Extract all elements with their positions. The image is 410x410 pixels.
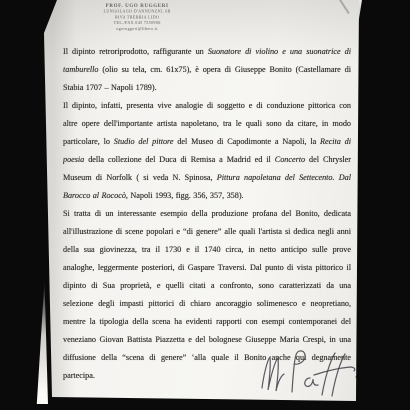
paragraph: Il dipinto, infatti, presenta vive analo… (63, 97, 351, 205)
text-line: analoghe, leggermente posteriori, di Gas… (63, 259, 351, 277)
text-run: veneziano Giovan Battista Piazzetta e de… (63, 335, 351, 344)
text-line: poesia della collezione del Duca di Remi… (63, 151, 351, 169)
text-run: dipinto di Sua proprietà, e quelli citat… (63, 281, 351, 290)
text-run: della collezione del Duca di Remisa a Ma… (84, 155, 275, 164)
text-run: selezione degli impasti pittorici di chi… (63, 299, 351, 308)
text-run: altre opere dell'importante artista napo… (63, 119, 351, 128)
italic-text-run: tamburello (63, 65, 98, 74)
text-run: , Napoli 1993, figg. 356, 357, 358). (126, 191, 244, 200)
text-line: tamburello (olio su tela, cm. 61x75), è … (63, 61, 351, 79)
letterhead-email: ugoruggeri@libero.it (81, 26, 193, 32)
text-line: altre opere dell'importante artista napo… (63, 115, 351, 133)
text-line: all'illustrazione di scene popolari e “d… (63, 223, 351, 241)
text-run: particolare, lo (63, 137, 114, 146)
text-line: mentre la tipologia della scena ha evide… (63, 313, 351, 331)
text-line: Museum di Norfolk ( si veda N. Spinosa, … (63, 169, 351, 187)
sheet-corner-crease (338, 0, 349, 14)
text-run: partecipa. (63, 371, 95, 380)
italic-text-run: Pittura napoletana del Settecento. Dal (217, 173, 351, 182)
italic-text-run: Studio del pittore (114, 137, 174, 146)
text-line: Il dipinto retroriprodotto, raffigurante… (63, 43, 351, 61)
text-run: all'illustrazione di scene popolari e “d… (63, 227, 351, 236)
text-run: del Chrysler (305, 155, 351, 164)
signature-handwritten (256, 348, 362, 400)
text-line: Si tratta di un interessante esempio del… (63, 205, 351, 223)
text-line: veneziano Giovan Battista Piazzetta e de… (63, 331, 351, 349)
photo-background: PROF. UGO RUGGERI LUNGOLAGO D'ANNUNZIO, … (0, 0, 410, 410)
text-run: Si tratta di un interessante esempio del… (63, 209, 351, 218)
text-run: del Museo di Capodimonte a Napoli, la (174, 137, 321, 146)
text-run: Il dipinto, infatti, presenta vive analo… (63, 101, 351, 110)
text-run: Stabia 1707 – Napoli 1789). (63, 83, 157, 92)
text-line: dipinto di Sua proprietà, e quelli citat… (63, 277, 351, 295)
italic-text-run: poesia (63, 155, 84, 164)
text-line: Barocco al Rococò, Napoli 1993, figg. 35… (63, 187, 351, 205)
italic-text-run: Barocco al Rococò (63, 191, 126, 200)
text-run: Museum di Norfolk ( si veda N. Spinosa, (63, 173, 217, 182)
expertise-document-page: PROF. UGO RUGGERI LUNGOLAGO D'ANNUNZIO, … (43, 0, 359, 401)
back-sheet-sliver-bottom-left (32, 280, 48, 404)
text-line: Stabia 1707 – Napoli 1789). (63, 79, 351, 97)
text-line: della sua giovinezza, tra il 1730 e il 1… (63, 241, 351, 259)
text-line: particolare, lo Studio del pittore del M… (63, 133, 351, 151)
text-run: (olio su tela, cm. 61x75), è opera di Gi… (98, 65, 351, 74)
document-body: Il dipinto retroriprodotto, raffigurante… (63, 43, 351, 385)
text-run: della sua giovinezza, tra il 1730 e il 1… (63, 245, 351, 254)
italic-text-run: Suonatore di violino e una suonatrice di (208, 47, 351, 56)
text-run: Il dipinto retroriprodotto, raffigurante… (63, 47, 208, 56)
text-run: mentre la tipologia della scena ha evide… (63, 317, 351, 326)
italic-text-run: Recita di (320, 137, 351, 146)
text-run: analoghe, leggermente posteriori, di Gas… (63, 263, 351, 272)
letterhead: PROF. UGO RUGGERI LUNGOLAGO D'ANNUNZIO, … (81, 2, 193, 32)
text-line: Il dipinto, infatti, presenta vive analo… (63, 97, 351, 115)
text-line: selezione degli impasti pittorici di chi… (63, 295, 351, 313)
paragraph: Il dipinto retroriprodotto, raffigurante… (63, 43, 351, 97)
italic-text-run: Concerto (275, 155, 305, 164)
